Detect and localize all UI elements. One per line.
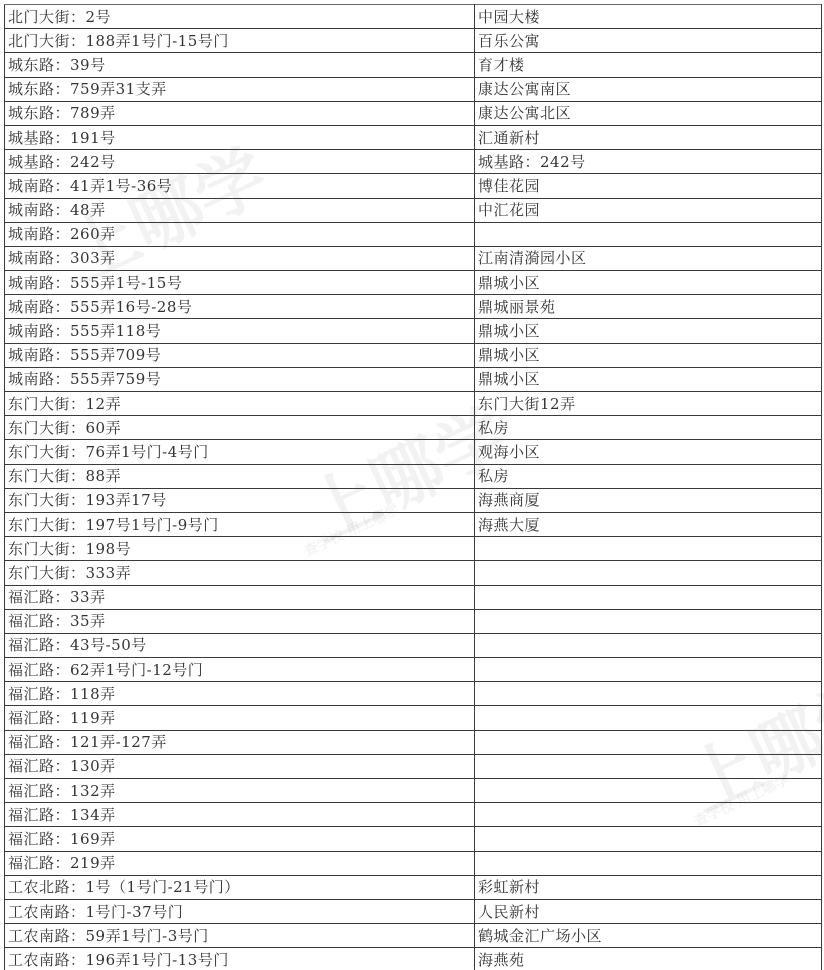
address-cell: 东门大街：88弄 xyxy=(5,464,475,488)
address-cell: 福汇路：118弄 xyxy=(5,682,475,706)
community-cell xyxy=(475,803,822,827)
table-row: 城东路：789弄康达公寓北区 xyxy=(5,101,822,125)
table-row: 福汇路：43号-50号 xyxy=(5,633,822,657)
address-cell: 城南路：555弄16号-28号 xyxy=(5,295,475,319)
address-cell: 城南路：48弄 xyxy=(5,198,475,222)
table-row: 福汇路：134弄 xyxy=(5,803,822,827)
table-row: 城南路：555弄118号鼎城小区 xyxy=(5,319,822,343)
table-row: 福汇路：62弄1号门-12号门 xyxy=(5,658,822,682)
community-cell: 鼎城小区 xyxy=(475,367,822,391)
table-row: 城南路：555弄759号鼎城小区 xyxy=(5,367,822,391)
address-cell: 东门大街：193弄17号 xyxy=(5,488,475,512)
address-cell: 城东路：39号 xyxy=(5,53,475,77)
community-cell: 私房 xyxy=(475,464,822,488)
community-cell xyxy=(475,706,822,730)
community-cell xyxy=(475,827,822,851)
address-cell: 福汇路：62弄1号门-12号门 xyxy=(5,658,475,682)
community-cell: 海燕商厦 xyxy=(475,488,822,512)
table-row: 城南路：555弄16号-28号鼎城丽景苑 xyxy=(5,295,822,319)
community-cell: 康达公寓南区 xyxy=(475,77,822,101)
community-cell xyxy=(475,779,822,803)
community-cell: 鼎城小区 xyxy=(475,343,822,367)
address-cell: 工农南路：59弄1号门-3号门 xyxy=(5,924,475,948)
table-row: 东门大街：193弄17号海燕商厦 xyxy=(5,488,822,512)
table-row: 福汇路：132弄 xyxy=(5,779,822,803)
table-row: 福汇路：119弄 xyxy=(5,706,822,730)
table-row: 城南路：555弄709号鼎城小区 xyxy=(5,343,822,367)
community-cell: 彩虹新村 xyxy=(475,875,822,899)
table-row: 福汇路：33弄 xyxy=(5,585,822,609)
community-cell: 人民新村 xyxy=(475,899,822,923)
address-table: 北门大街：2号中园大楼北门大街：188弄1号门-15号门百乐公寓城东路：39号育… xyxy=(4,4,822,970)
address-cell: 福汇路：134弄 xyxy=(5,803,475,827)
address-cell: 福汇路：43号-50号 xyxy=(5,633,475,657)
address-cell: 福汇路：130弄 xyxy=(5,754,475,778)
community-cell: 育才楼 xyxy=(475,53,822,77)
address-cell: 福汇路：169弄 xyxy=(5,827,475,851)
table-row: 工农南路：1号门-37号门人民新村 xyxy=(5,899,822,923)
table-row: 东门大街：88弄私房 xyxy=(5,464,822,488)
address-cell: 城南路：260弄 xyxy=(5,222,475,246)
table-row: 城南路：303弄江南清漪园小区 xyxy=(5,246,822,270)
table-row: 城南路：48弄中汇花园 xyxy=(5,198,822,222)
table-row: 福汇路：169弄 xyxy=(5,827,822,851)
table-row: 福汇路：35弄 xyxy=(5,609,822,633)
address-cell: 福汇路：219弄 xyxy=(5,851,475,875)
address-cell: 东门大街：198号 xyxy=(5,537,475,561)
community-cell xyxy=(475,585,822,609)
table-row: 福汇路：130弄 xyxy=(5,754,822,778)
table-row: 工农北路：1号（1号门-21号门）彩虹新村 xyxy=(5,875,822,899)
community-cell: 鼎城丽景苑 xyxy=(475,295,822,319)
community-cell xyxy=(475,658,822,682)
table-row: 东门大街：198号 xyxy=(5,537,822,561)
table-row: 福汇路：219弄 xyxy=(5,851,822,875)
address-cell: 城南路：41弄1号-36号 xyxy=(5,174,475,198)
community-cell xyxy=(475,682,822,706)
community-cell xyxy=(475,561,822,585)
community-cell: 东门大街12弄 xyxy=(475,392,822,416)
address-cell: 东门大街：333弄 xyxy=(5,561,475,585)
table-row: 工农南路：196弄1号门-13号门海燕苑 xyxy=(5,948,822,970)
table-row: 东门大街：76弄1号门-4号门观海小区 xyxy=(5,440,822,464)
table-row: 城南路：555弄1号-15号鼎城小区 xyxy=(5,271,822,295)
table-row: 北门大街：2号中园大楼 xyxy=(5,5,822,29)
table-row: 城东路：39号育才楼 xyxy=(5,53,822,77)
community-cell xyxy=(475,730,822,754)
table-row: 东门大街：60弄私房 xyxy=(5,416,822,440)
community-cell: 鹤城金汇广场小区 xyxy=(475,924,822,948)
community-cell: 城基路：242号 xyxy=(475,150,822,174)
table-row: 福汇路：118弄 xyxy=(5,682,822,706)
address-cell: 福汇路：132弄 xyxy=(5,779,475,803)
table-row: 城南路：260弄 xyxy=(5,222,822,246)
address-cell: 福汇路：121弄-127弄 xyxy=(5,730,475,754)
table-row: 城基路：191号汇通新村 xyxy=(5,125,822,149)
table-row: 城基路：242号城基路：242号 xyxy=(5,150,822,174)
community-cell: 观海小区 xyxy=(475,440,822,464)
community-cell: 博佳花园 xyxy=(475,174,822,198)
community-cell: 康达公寓北区 xyxy=(475,101,822,125)
address-cell: 北门大街：2号 xyxy=(5,5,475,29)
address-cell: 工农南路：196弄1号门-13号门 xyxy=(5,948,475,970)
address-cell: 福汇路：35弄 xyxy=(5,609,475,633)
community-cell xyxy=(475,609,822,633)
address-cell: 东门大街：60弄 xyxy=(5,416,475,440)
address-cell: 福汇路：119弄 xyxy=(5,706,475,730)
community-cell xyxy=(475,222,822,246)
community-cell: 鼎城小区 xyxy=(475,271,822,295)
address-cell: 城基路：242号 xyxy=(5,150,475,174)
community-cell: 中园大楼 xyxy=(475,5,822,29)
address-cell: 东门大街：197号1号门-9号门 xyxy=(5,512,475,536)
table-row: 东门大街：333弄 xyxy=(5,561,822,585)
community-cell: 海燕大厦 xyxy=(475,512,822,536)
community-cell xyxy=(475,754,822,778)
address-cell: 北门大街：188弄1号门-15号门 xyxy=(5,29,475,53)
address-cell: 东门大街：76弄1号门-4号门 xyxy=(5,440,475,464)
table-row: 福汇路：121弄-127弄 xyxy=(5,730,822,754)
table-row: 城东路：759弄31支弄康达公寓南区 xyxy=(5,77,822,101)
address-cell: 城东路：789弄 xyxy=(5,101,475,125)
address-cell: 城基路：191号 xyxy=(5,125,475,149)
address-cell: 东门大街：12弄 xyxy=(5,392,475,416)
community-cell xyxy=(475,851,822,875)
address-cell: 福汇路：33弄 xyxy=(5,585,475,609)
community-cell: 百乐公寓 xyxy=(475,29,822,53)
community-cell: 汇通新村 xyxy=(475,125,822,149)
community-cell xyxy=(475,633,822,657)
address-cell: 城东路：759弄31支弄 xyxy=(5,77,475,101)
address-cell: 城南路：303弄 xyxy=(5,246,475,270)
address-table-body: 北门大街：2号中园大楼北门大街：188弄1号门-15号门百乐公寓城东路：39号育… xyxy=(5,5,822,970)
community-cell: 江南清漪园小区 xyxy=(475,246,822,270)
community-cell: 海燕苑 xyxy=(475,948,822,970)
address-cell: 工农南路：1号门-37号门 xyxy=(5,899,475,923)
address-cell: 城南路：555弄118号 xyxy=(5,319,475,343)
community-cell xyxy=(475,537,822,561)
community-cell: 私房 xyxy=(475,416,822,440)
address-cell: 工农北路：1号（1号门-21号门） xyxy=(5,875,475,899)
table-row: 北门大街：188弄1号门-15号门百乐公寓 xyxy=(5,29,822,53)
community-cell: 鼎城小区 xyxy=(475,319,822,343)
table-row: 城南路：41弄1号-36号博佳花园 xyxy=(5,174,822,198)
address-cell: 城南路：555弄759号 xyxy=(5,367,475,391)
address-cell: 城南路：555弄709号 xyxy=(5,343,475,367)
table-row: 东门大街：197号1号门-9号门海燕大厦 xyxy=(5,512,822,536)
community-cell: 中汇花园 xyxy=(475,198,822,222)
address-cell: 城南路：555弄1号-15号 xyxy=(5,271,475,295)
table-row: 工农南路：59弄1号门-3号门鹤城金汇广场小区 xyxy=(5,924,822,948)
table-row: 东门大街：12弄东门大街12弄 xyxy=(5,392,822,416)
